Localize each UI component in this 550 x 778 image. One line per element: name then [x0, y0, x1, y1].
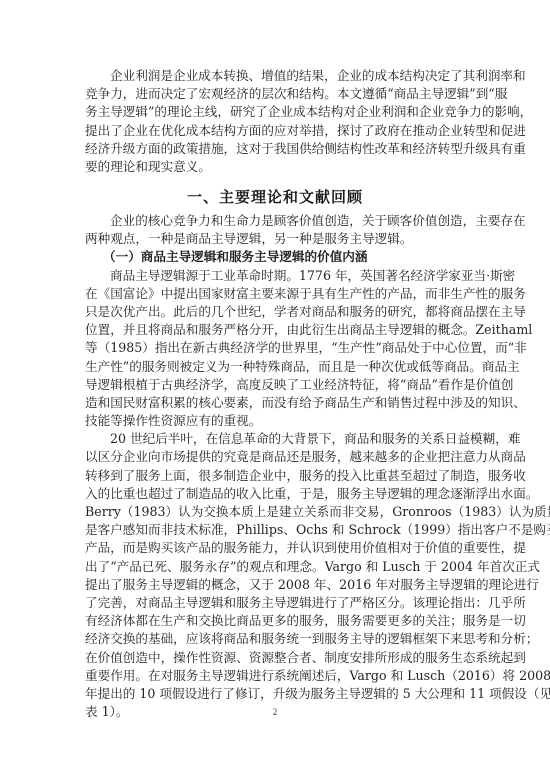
text-line: 位置，并且将商品和服务严格分开，由此衍生出商品主导逻辑的概念。Zeithaml — [85, 321, 469, 339]
text-line: 只是次优产出。此后的几个世纪，学者对商品和服务的研究，都将商品摆在主导 — [85, 303, 469, 321]
text-line: 重要作用。在对服务主导逻辑进行系统阐述后，Vargo 和 Lusch（2016）… — [85, 667, 469, 685]
text-line: 提出了服务主导逻辑的概念，又于 2008 年、2016 年对服务主导逻辑的理论进… — [85, 576, 469, 594]
text-line: 造和国民财富积累的核心要素，而没有给予商品生产和销售过程中涉及的知识、 — [85, 394, 469, 412]
text-line: 有经济体都在生产和交换比商品更多的服务，服务需要更多的关注；服务是一切 — [85, 612, 469, 630]
text-line: 提出了企业在优化成本结构方面的应对举措，探讨了政府在推动企业转型和促进 — [85, 122, 469, 140]
text-line: 20 世纪后半叶，在信息革命的大背景下，商品和服务的关系日益模糊，难 — [85, 430, 469, 448]
text-line: 转移到了服务上面，很多制造企业中，服务的投入比重甚至超过了制造，服务收 — [85, 467, 469, 485]
section-intro-paragraph: 企业的核心竞争力和生命力是顾客价值创造，关于顾客价值创造，主要存在 两种观点，一… — [85, 212, 469, 248]
text-line: 在《国富论》中提出国家财富主要来源于具有生产性的产品，而非生产性的服务 — [85, 285, 469, 303]
text-line: 企业利润是企业成本转换、增值的结果，企业的成本结构决定了其利润率和 — [85, 67, 469, 85]
text-line: 竞争力，进而决定了宏观经济的层次和结构。本文遵循“商品主导逻辑”到“服 — [85, 85, 469, 103]
text-line: 是客户感知而非技术标准，Phillips、Ochs 和 Schrock（1999… — [85, 521, 469, 539]
text-line: 入的比重也超过了制造品的收入比重，于是，服务主导逻辑的理念逐渐浮出水面。 — [85, 485, 469, 503]
service-logic-paragraph: 20 世纪后半叶，在信息革命的大背景下，商品和服务的关系日益模糊，难 以区分企业… — [85, 430, 469, 721]
text-line: 生产性”的服务则被定义为一种特殊商品，而且是一种次优或低等商品。商品主 — [85, 358, 469, 376]
text-line: 商品主导逻辑源于工业革命时期。1776 年，英国著名经济学家亚当·斯密 — [85, 267, 469, 285]
text-line: 经济升级方面的政策措施，这对于我国供给侧结构性改革和经济转型升级具有重 — [85, 140, 469, 158]
text-line: 企业的核心竞争力和生命力是顾客价值创造，关于顾客价值创造，主要存在 — [85, 212, 469, 230]
text-line: 以区分企业向市场提供的究竟是商品还是服务，越来越多的企业把注意力从商品 — [85, 448, 469, 466]
text-line: 等（1985）指出在新古典经济学的世界里，“生产性”商品处于中心位置，而“非 — [85, 339, 469, 357]
section-body: 企业的核心竞争力和生命力是顾客价值创造，关于顾客价值创造，主要存在 两种观点，一… — [85, 212, 469, 721]
text-line: 年提出的 10 项假设进行了修订，升级为服务主导逻辑的 5 大公理和 11 项假… — [85, 685, 469, 703]
document-page: 企业利润是企业成本转换、增值的结果，企业的成本结构决定了其利润率和 竞争力，进而… — [0, 0, 550, 778]
text-line: 两种观点，一种是商品主导逻辑，另一种是服务主导逻辑。 — [85, 230, 469, 248]
text-line: 产品，而是购买该产品的服务能力，并认识到使用价值相对于价值的重要性，提 — [85, 539, 469, 557]
subsection-heading: （一）商品主导逻辑和服务主导逻辑的价值内涵 — [85, 248, 469, 266]
text-line: 要的理论和现实意义。 — [85, 158, 469, 176]
text-line: 务主导逻辑”的理论主线，研究了企业成本结构对企业利润和企业竞争力的影响， — [85, 103, 469, 121]
text-line: 了完善，对商品主导逻辑和服务主导逻辑进行了严格区分。该理论指出：几乎所 — [85, 594, 469, 612]
text-line: 导逻辑根植于古典经济学，高度反映了工业经济特征，将“商品”看作是价值创 — [85, 376, 469, 394]
page-number: 2 — [0, 707, 550, 717]
text-line: Berry（1983）认为交换本质上是建立关系而非交易，Gronroos（198… — [85, 503, 469, 521]
goods-logic-paragraph: 商品主导逻辑源于工业革命时期。1776 年，英国著名经济学家亚当·斯密 在《国富… — [85, 267, 469, 431]
text-line: 技能等操作性资源应有的重视。 — [85, 412, 469, 430]
intro-paragraph: 企业利润是企业成本转换、增值的结果，企业的成本结构决定了其利润率和 竞争力，进而… — [85, 67, 469, 176]
text-line: 经济交换的基础，应该将商品和服务统一到服务主导的逻辑框架下来思考和分析； — [85, 630, 469, 648]
text-line: 在价值创造中，操作性资源、资源整合者、制度安排所形成的服务生态系统起到 — [85, 649, 469, 667]
section-heading: 一、主要理论和文献回顾 — [0, 187, 550, 207]
text-line: 出了“产品已死、服务永存”的观点和理念。Vargo 和 Lusch 于 2004… — [85, 558, 469, 576]
